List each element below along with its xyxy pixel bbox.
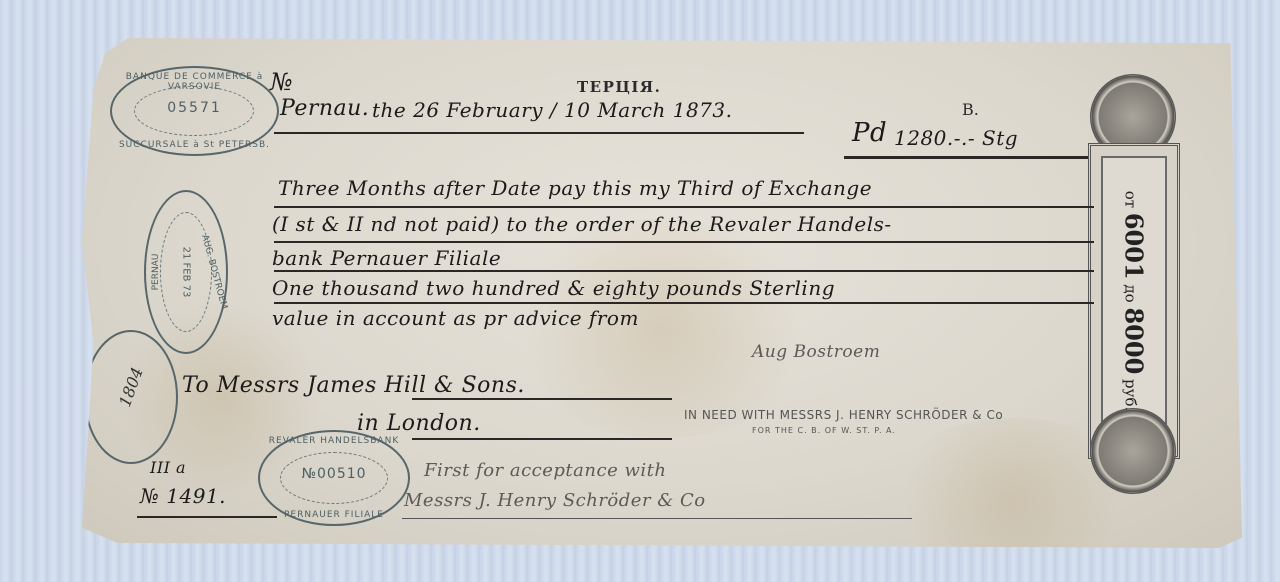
round-stamp: 1804 — [84, 330, 178, 464]
place: Pernau. — [280, 96, 369, 121]
series-number: № 1491. — [140, 484, 226, 508]
body-line-2: (I st & II nd not paid) to the order of … — [272, 212, 892, 236]
addressee-line-2: in London. — [357, 411, 481, 436]
document-title: ТЕРЦІЯ. — [577, 78, 661, 96]
ornamental-star-emblem — [1090, 408, 1176, 494]
drawer-signature: Aug Bostroem — [752, 342, 880, 362]
acceptance-line-1: First for acceptance with — [424, 460, 666, 481]
stamp-number: №00510 — [260, 466, 408, 482]
series-mark: III a — [150, 458, 186, 477]
commerce-bank-stamp: BANQUE DE COMMERCE à VARSOVIE 05571 SUCC… — [110, 66, 279, 156]
date: the 26 February / 10 March 1873. — [372, 98, 732, 122]
body-line-4: One thousand two hundred & eighty pounds… — [272, 276, 835, 300]
body-line-1: Three Months after Date pay this my Thir… — [278, 176, 872, 200]
in-need-line-1: IN NEED WITH MESSRS J. HENRY SCHRÖDER & … — [684, 408, 1003, 422]
addressee-line-1: To Messrs James Hill & Sons. — [182, 373, 525, 398]
acceptance-line-2: Messrs J. Henry Schröder & Co — [404, 490, 706, 511]
amount-label: Pd — [852, 118, 887, 148]
amount-value: 1280.-.- Stg — [894, 126, 1018, 150]
stamp-number: 05571 — [112, 100, 277, 116]
bostroem-stamp: 21 FEB 73 AUG. BOSTROEM PERNAU — [144, 190, 228, 354]
body-line-5: value in account as pr advice from — [272, 306, 639, 330]
in-need-line-2: FOR THE C. B. OF W. ST. P. A. — [752, 426, 896, 435]
body-line-3: bank Pernauer Filiale — [272, 246, 501, 270]
number-mark: № — [270, 68, 293, 96]
revenue-range: от 6001 до 8000 руб. — [1120, 191, 1149, 412]
amount-sup: B. — [962, 100, 979, 119]
bill-of-exchange: ТЕРЦІЯ. BANQUE DE COMMERCE à VARSOVIE 05… — [82, 38, 1242, 548]
revaler-handelsbank-stamp: REVALER HANDELSBANK №00510 PERNAUER FILI… — [258, 430, 410, 526]
